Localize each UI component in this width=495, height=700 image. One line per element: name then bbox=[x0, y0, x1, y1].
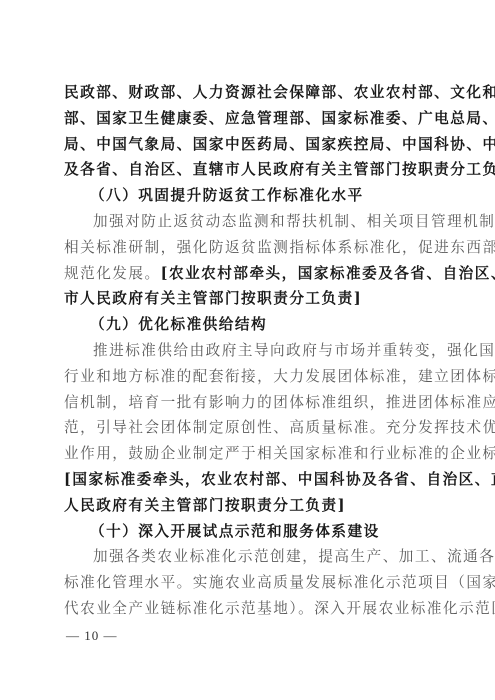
body-line: 推进标准供给由政府主导向政府与市场并重转变，强化国家、 bbox=[64, 338, 434, 364]
body-line: 相关标准研制，强化防返贫监测指标体系标准化，促进东西部协作 bbox=[64, 235, 434, 261]
responsibility-line: 人民政府有关主管部门按职责分工负责] bbox=[64, 493, 434, 519]
body-line: 加强对防止返贫动态监测和帮扶机制、相关项目管理机制等 bbox=[64, 209, 434, 235]
section-heading-9: （九）优化标准供给结构 bbox=[64, 312, 434, 338]
document-page: 民政部、财政部、人力资源社会保障部、农业农村部、文化和旅游 部、国家卫生健康委、… bbox=[64, 80, 434, 622]
responsibility-text: [农业农村部牵头，国家标准委及各省、自治区、直辖 bbox=[161, 265, 495, 282]
text-line: 局、中国气象局、国家中医药局、国家疾控局、中国科协、中国残联 bbox=[64, 132, 434, 158]
responsibility-line: 市人民政府有关主管部门按职责分工负责] bbox=[64, 286, 434, 312]
body-line: 行业和地方标准的配套衔接，大力发展团体标准，建立团体标准采 bbox=[64, 364, 434, 390]
body-line: 范，引导社会团体制定原创性、高质量标准。充分发挥技术优势企 bbox=[64, 415, 434, 441]
page-number: — 10 — bbox=[66, 628, 118, 644]
body-text: 规范化发展。 bbox=[64, 265, 161, 282]
text-line: 部、国家卫生健康委、应急管理部、国家标准委、广电总局、体育总 bbox=[64, 106, 434, 132]
text-line: 民政部、财政部、人力资源社会保障部、农业农村部、文化和旅游 bbox=[64, 80, 434, 106]
text-line: 及各省、自治区、直辖市人民政府有关主管部门按职责分工负责] bbox=[64, 157, 434, 183]
body-line: 代农业全产业链标准化示范基地）。深入开展农业标准化示范区、 bbox=[64, 596, 434, 622]
body-line: 信机制，培育一批有影响力的团体标准组织，推进团体标准应用示 bbox=[64, 390, 434, 416]
body-line: 加强各类农业标准化示范创建，提高生产、加工、流通各环节 bbox=[64, 544, 434, 570]
responsibility-line: [国家标准委牵头，农业农村部、中国科协及各省、自治区、直辖市 bbox=[64, 467, 434, 493]
section-heading-10: （十）深入开展试点示范和服务体系建设 bbox=[64, 519, 434, 545]
body-line: 标准化管理水平。实施农业高质量发展标准化示范项目（国家现 bbox=[64, 570, 434, 596]
body-line-mixed: 规范化发展。[农业农村部牵头，国家标准委及各省、自治区、直辖 bbox=[64, 261, 434, 287]
section-heading-8: （八）巩固提升防返贫工作标准化水平 bbox=[64, 183, 434, 209]
body-line: 业作用，鼓励企业制定严于相关国家标准和行业标准的企业标准。 bbox=[64, 441, 434, 467]
